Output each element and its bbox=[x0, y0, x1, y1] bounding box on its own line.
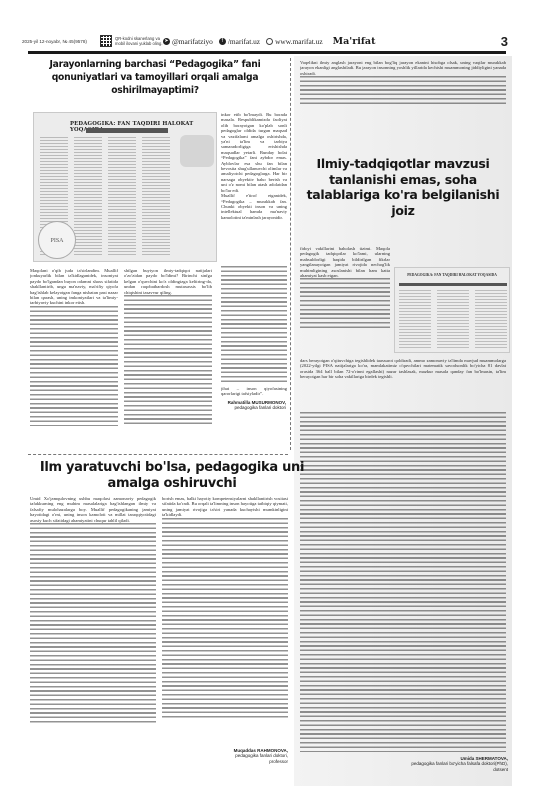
text-lines bbox=[30, 523, 156, 723]
article3-text: borish emas, balki hayotiy kompetensiyal… bbox=[162, 496, 288, 517]
image-subtitle-bar bbox=[399, 283, 507, 286]
image-text-column bbox=[74, 137, 102, 257]
author-role: professor bbox=[269, 759, 288, 764]
author-role: dotsent bbox=[493, 767, 508, 772]
globe-icon bbox=[266, 38, 273, 45]
section-divider bbox=[28, 454, 288, 455]
image-logo: PISA bbox=[38, 221, 76, 259]
text-lines bbox=[30, 306, 118, 426]
article2-headline: Ilmiy-tadqiqotlar mavzusi tanlanishi ema… bbox=[294, 156, 512, 218]
author-title: pedagogika fanlari doktori, bbox=[235, 753, 288, 758]
column-divider bbox=[290, 58, 291, 450]
text-lines bbox=[162, 518, 288, 718]
author-name: Rahmatilla MUSURMONOV, bbox=[228, 400, 286, 405]
qr-code-icon[interactable] bbox=[100, 35, 112, 47]
article2-text: Vaqelikni ilmiy anglash jarayoni eng bil… bbox=[300, 60, 506, 76]
qr-instructions: QR-kodni skanerlang va mobil ilovani yuk… bbox=[115, 36, 163, 46]
article1-text: Maqolani o'qib juda ta'sirlandim. Mualli… bbox=[30, 268, 118, 305]
article2-column-left: fidoyi vakillarini baholash tizimi. Maqo… bbox=[300, 246, 390, 356]
image-text-column bbox=[437, 290, 469, 350]
facebook-handle: /marifat.uz bbox=[228, 37, 260, 46]
brand-logo: Ma'rifat bbox=[333, 36, 376, 47]
image-subtitle-bar bbox=[86, 128, 168, 133]
author-name: Muqaddas RAHMONOVA, bbox=[234, 748, 288, 753]
author-title: pedagogika fanlari bo'yicha falsafa dokt… bbox=[411, 761, 508, 766]
newspaper-page: 2025-yil 12-noyabr, № 45(9578) QR-kodni … bbox=[22, 28, 512, 788]
image-text-column bbox=[399, 290, 431, 350]
article1-closing: jihat – inson qiyofasining qarorlarigi t… bbox=[221, 386, 287, 396]
article3-headline: Ilm yaratuvchi bo'lsa, pedagogika uni am… bbox=[32, 460, 312, 492]
closing-quote: jihat – inson qiyofasining qarorlarigi t… bbox=[221, 386, 287, 396]
article3-byline: Muqaddas RAHMONOVA, pedagogika fanlari d… bbox=[182, 748, 288, 764]
article2-pisa-paragraph: dars berayotgan o'qituvchiga tegishlidek… bbox=[300, 358, 506, 408]
article2-intro: Vaqelikni ilmiy anglash jarayoni eng bil… bbox=[300, 60, 506, 122]
image-text-column bbox=[108, 137, 136, 257]
facebook-icon: f bbox=[219, 38, 226, 45]
text-lines bbox=[300, 76, 506, 106]
image-text-column bbox=[475, 290, 507, 350]
telegram-icon: ➤ bbox=[163, 38, 170, 45]
masthead-rule bbox=[28, 51, 506, 54]
website-link[interactable]: www.marifat.uz bbox=[266, 37, 323, 46]
masthead: 2025-yil 12-noyabr, № 45(9578) QR-kodni … bbox=[22, 32, 512, 50]
image-text-column bbox=[142, 137, 170, 257]
website-url: www.marifat.uz bbox=[275, 37, 323, 46]
text-lines bbox=[300, 278, 390, 328]
article1-newspaper-image: PEDAGOGIKA: FAN TAQDIRI HALOKAT YOQASIDA… bbox=[33, 112, 217, 262]
article1-text: shilgan buyiyon ilmiy-tadqiqot natijalar… bbox=[124, 268, 212, 295]
article2-column-body bbox=[300, 412, 506, 752]
article1-headline: Jarayonlarning barchasi “Pedagogika” fan… bbox=[34, 58, 275, 97]
article2-newspaper-image: PEDAGOGIKA: FAN TAQDIRI HALOKAT YOQASIDA bbox=[394, 267, 510, 353]
article3-text: Umid Xo'jamqulovning ushbu maqolasi zamo… bbox=[30, 496, 156, 523]
article1-column-3 bbox=[221, 266, 287, 384]
article2-text: dars berayotgan o'qituvchiga tegishlidek… bbox=[300, 358, 506, 379]
article1-column-right: inkor etib bo'lmaydi. Bu borada masala. … bbox=[221, 112, 287, 262]
article3-column-2: borish emas, balki hayotiy kompetensiyal… bbox=[162, 496, 288, 746]
article1-byline: Rahmatilla MUSURMONOV, pedagogika fanlar… bbox=[182, 400, 286, 411]
article2-text: fidoyi vakillarini baholash tizimi. Maqo… bbox=[300, 246, 390, 278]
article1-text: inkor etib bo'lmaydi. Bu borada masala. … bbox=[221, 112, 287, 193]
article3-column-1: Umid Xo'jamqulovning ushbu maqolasi zamo… bbox=[30, 496, 156, 752]
article1-column-1: Maqolani o'qib juda ta'sirlandim. Mualli… bbox=[30, 268, 118, 448]
image-illustration bbox=[180, 135, 214, 167]
telegram-link[interactable]: ➤ @marifatziyo bbox=[163, 37, 213, 46]
page-number: 3 bbox=[501, 34, 508, 49]
article1-column-2: shilgan buyiyon ilmiy-tadqiqot natijalar… bbox=[124, 268, 212, 448]
facebook-link[interactable]: f /marifat.uz bbox=[219, 37, 260, 46]
issue-info: 2025-yil 12-noyabr, № 45(9578) bbox=[22, 39, 100, 44]
text-lines bbox=[221, 266, 287, 384]
author-title: pedagogika fanlari doktori bbox=[234, 405, 286, 410]
text-lines bbox=[300, 412, 506, 752]
article2-byline: Umida SHERMATOVA, pedagogika fanlari bo'… bbox=[352, 756, 508, 772]
telegram-handle: @marifatziyo bbox=[172, 37, 213, 46]
author-name: Umida SHERMATOVA, bbox=[460, 756, 508, 761]
image-caption: PEDAGOGIKA: FAN TAQDIRI HALOKAT YOQASIDA bbox=[395, 273, 509, 277]
article1-text: Muallif e'tirof etganidek, “Pedagogika –… bbox=[221, 193, 287, 220]
